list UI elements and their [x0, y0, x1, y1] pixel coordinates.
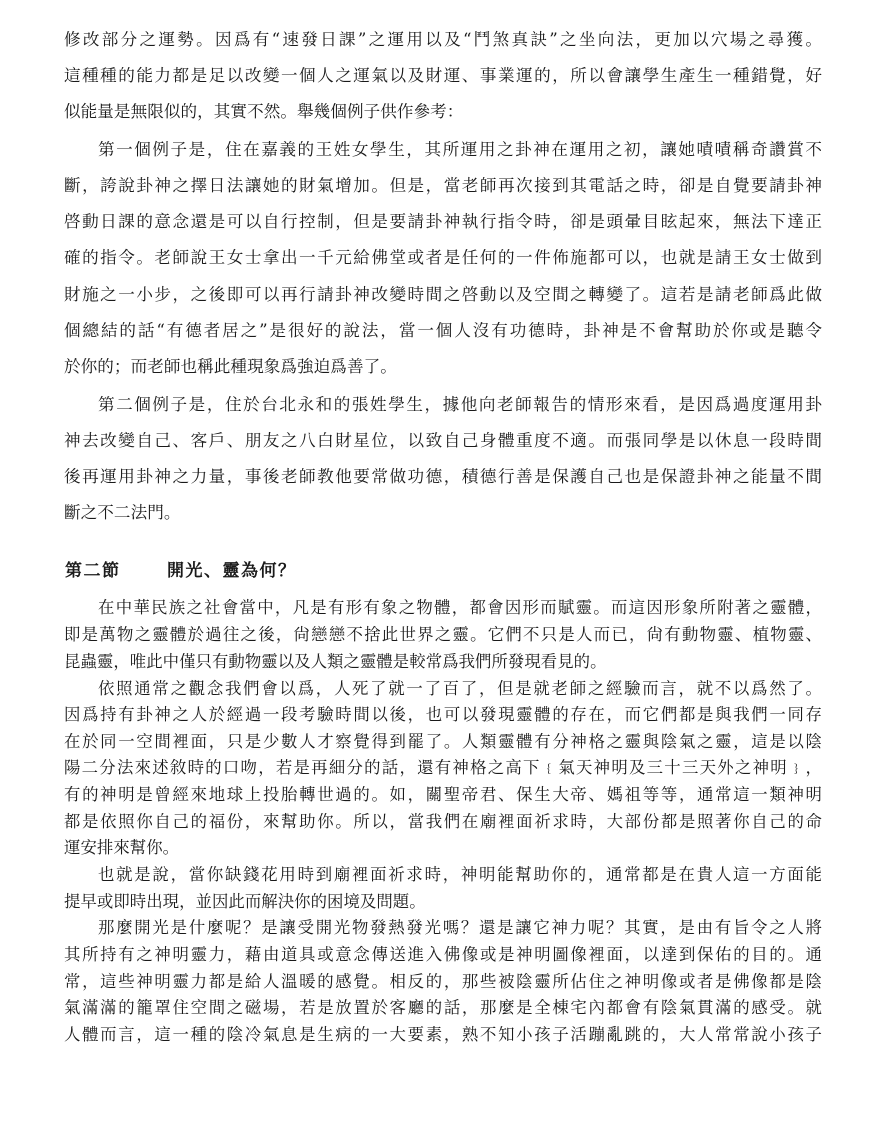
paragraph-line: 提早或即時出現，並因此而解決你的困境及問題。 — [64, 892, 822, 912]
paragraph-line: 這種種的能力都是足以改變一個人之運氣以及財運、事業運的，所以會讓學生產生一種錯覺… — [64, 66, 822, 86]
paragraph-line: 那麼開光是什麼呢？是讓受開光物發熱發光嗎？還是讓它神力呢？其實，是由有旨令之人將 — [98, 918, 822, 938]
paragraph-line: 修改部分之運勢。因爲有“速發日課”之運用以及“鬥煞真訣”之坐向法，更加以穴場之尋… — [64, 30, 822, 50]
paragraph-line: 財施之一小步，之後即可以再行請卦神改變時間之啓動以及空間之轉變了。這若是請老師爲… — [64, 285, 822, 305]
paragraph-line: 氣滿滿的籠罩住空間之磁場，若是放置於客廳的話，那麼是全棟宅內都會有陰氣貫滿的感受… — [64, 998, 822, 1018]
paragraph-line: 第二個例子是，住於台北永和的張姓學生，據他向老師報告的情形來看，是因爲過度運用卦 — [98, 395, 822, 415]
paragraph-line: 在中華民族之社會當中，凡是有形有象之物體，都會因形而賦靈。而這因形象所附著之靈體… — [98, 598, 822, 618]
document-page: 修改部分之運勢。因爲有“速發日課”之運用以及“鬥煞真訣”之坐向法，更加以穴場之尋… — [0, 0, 870, 1140]
paragraph-line: 即是萬物之靈體於過往之後，尙戀戀不捨此世界之靈。它們不只是人而已，尙有動物靈、植… — [64, 625, 822, 645]
paragraph-line: 因爲持有卦神之人於經過一段考驗時間以後，也可以發現靈體的存在，而它們都是與我們一… — [64, 705, 822, 725]
paragraph-line: 斷，誇說卦神之擇日法讓她的財氣增加。但是，當老師再次接到其電話之時，卻是自覺要請… — [64, 176, 822, 196]
paragraph-line: 確的指令。老師說王女士拿出一千元給佛堂或者是任何的一件佈施都可以，也就是請王女士… — [64, 248, 822, 268]
paragraph-line: 依照通常之觀念我們會以爲，人死了就一了百了，但是就老師之經驗而言，就不以爲然了。 — [98, 679, 822, 699]
paragraph-line: 其所持有之神明靈力，藉由道具或意念傳送進入佛像或是神明圖像裡面，以達到保佑的目的… — [64, 945, 822, 965]
paragraph-line: 有的神明是曾經來地球上投胎轉世過的。如，關聖帝君、保生大帝、媽祖等等，通常這一類… — [64, 785, 822, 805]
section-title: 開光、靈為何？ — [167, 561, 297, 581]
paragraph-line: 陽二分法來述敘時的口吻，若是再細分的話，還有神格之高下﹛氣天神明及三十三天外之神… — [64, 758, 822, 778]
paragraph-line: 人體而言，這一種的陰冷氣息是生病的一大要素，熟不知小孩子活蹦亂跳的，大人常常說小… — [64, 1025, 822, 1045]
paragraph-line: 第一個例子是，住在嘉義的王姓女學生，其所運用之卦神在運用之初，讓她嘖嘖稱奇讚賞不 — [98, 140, 822, 160]
section-number: 第二節 — [65, 560, 167, 582]
paragraph-line: 個總結的話“有德者居之”是很好的說法，當一個人沒有功德時，卦神是不會幫助於你或是… — [64, 321, 822, 341]
paragraph-line: 斷之不二法門。 — [64, 503, 822, 523]
paragraph-line: 於你的；而老師也稱此種現象爲強迫爲善了。 — [64, 357, 822, 377]
paragraph-line: 啓動日課的意念還是可以自行控制，但是要請卦神執行指令時，卻是頭暈目眩起來，無法下… — [64, 212, 822, 232]
paragraph-line: 在於同一空間裡面，只是少數人才察覺得到罷了。人類靈體有分神格之靈與陰氣之靈，這是… — [64, 732, 822, 752]
paragraph-line: 神去改變自己、客戶、朋友之八白財星位，以致自己身體重度不適。而張同學是以休息一段… — [64, 431, 822, 451]
paragraph-line: 昆蟲靈，唯此中僅只有動物靈以及人類之靈體是較常爲我們所發現看見的。 — [64, 652, 822, 672]
paragraph-line: 似能量是無限似的，其實不然。舉幾個例子供作參考： — [64, 102, 822, 122]
paragraph-line: 運安排來幫你。 — [64, 838, 822, 858]
paragraph-line: 都是依照你自己的福份，來幫助你。所以，當我們在廟裡面祈求時，大部份都是照著你自己… — [64, 812, 822, 832]
section-heading: 第二節開光、靈為何？ — [65, 560, 297, 582]
paragraph-line: 後再運用卦神之力量，事後老師教他要常做功德，積德行善是保護自己也是保證卦神之能量… — [64, 467, 822, 487]
paragraph-line: 也就是說，當你缺錢花用時到廟裡面祈求時，神明能幫助你的，通常都是在貴人這一方面能 — [98, 865, 822, 885]
paragraph-line: 常，這些神明靈力都是給人溫暖的感覺。相反的，那些被陰靈所佔住之神明像或者是佛像都… — [64, 972, 822, 992]
